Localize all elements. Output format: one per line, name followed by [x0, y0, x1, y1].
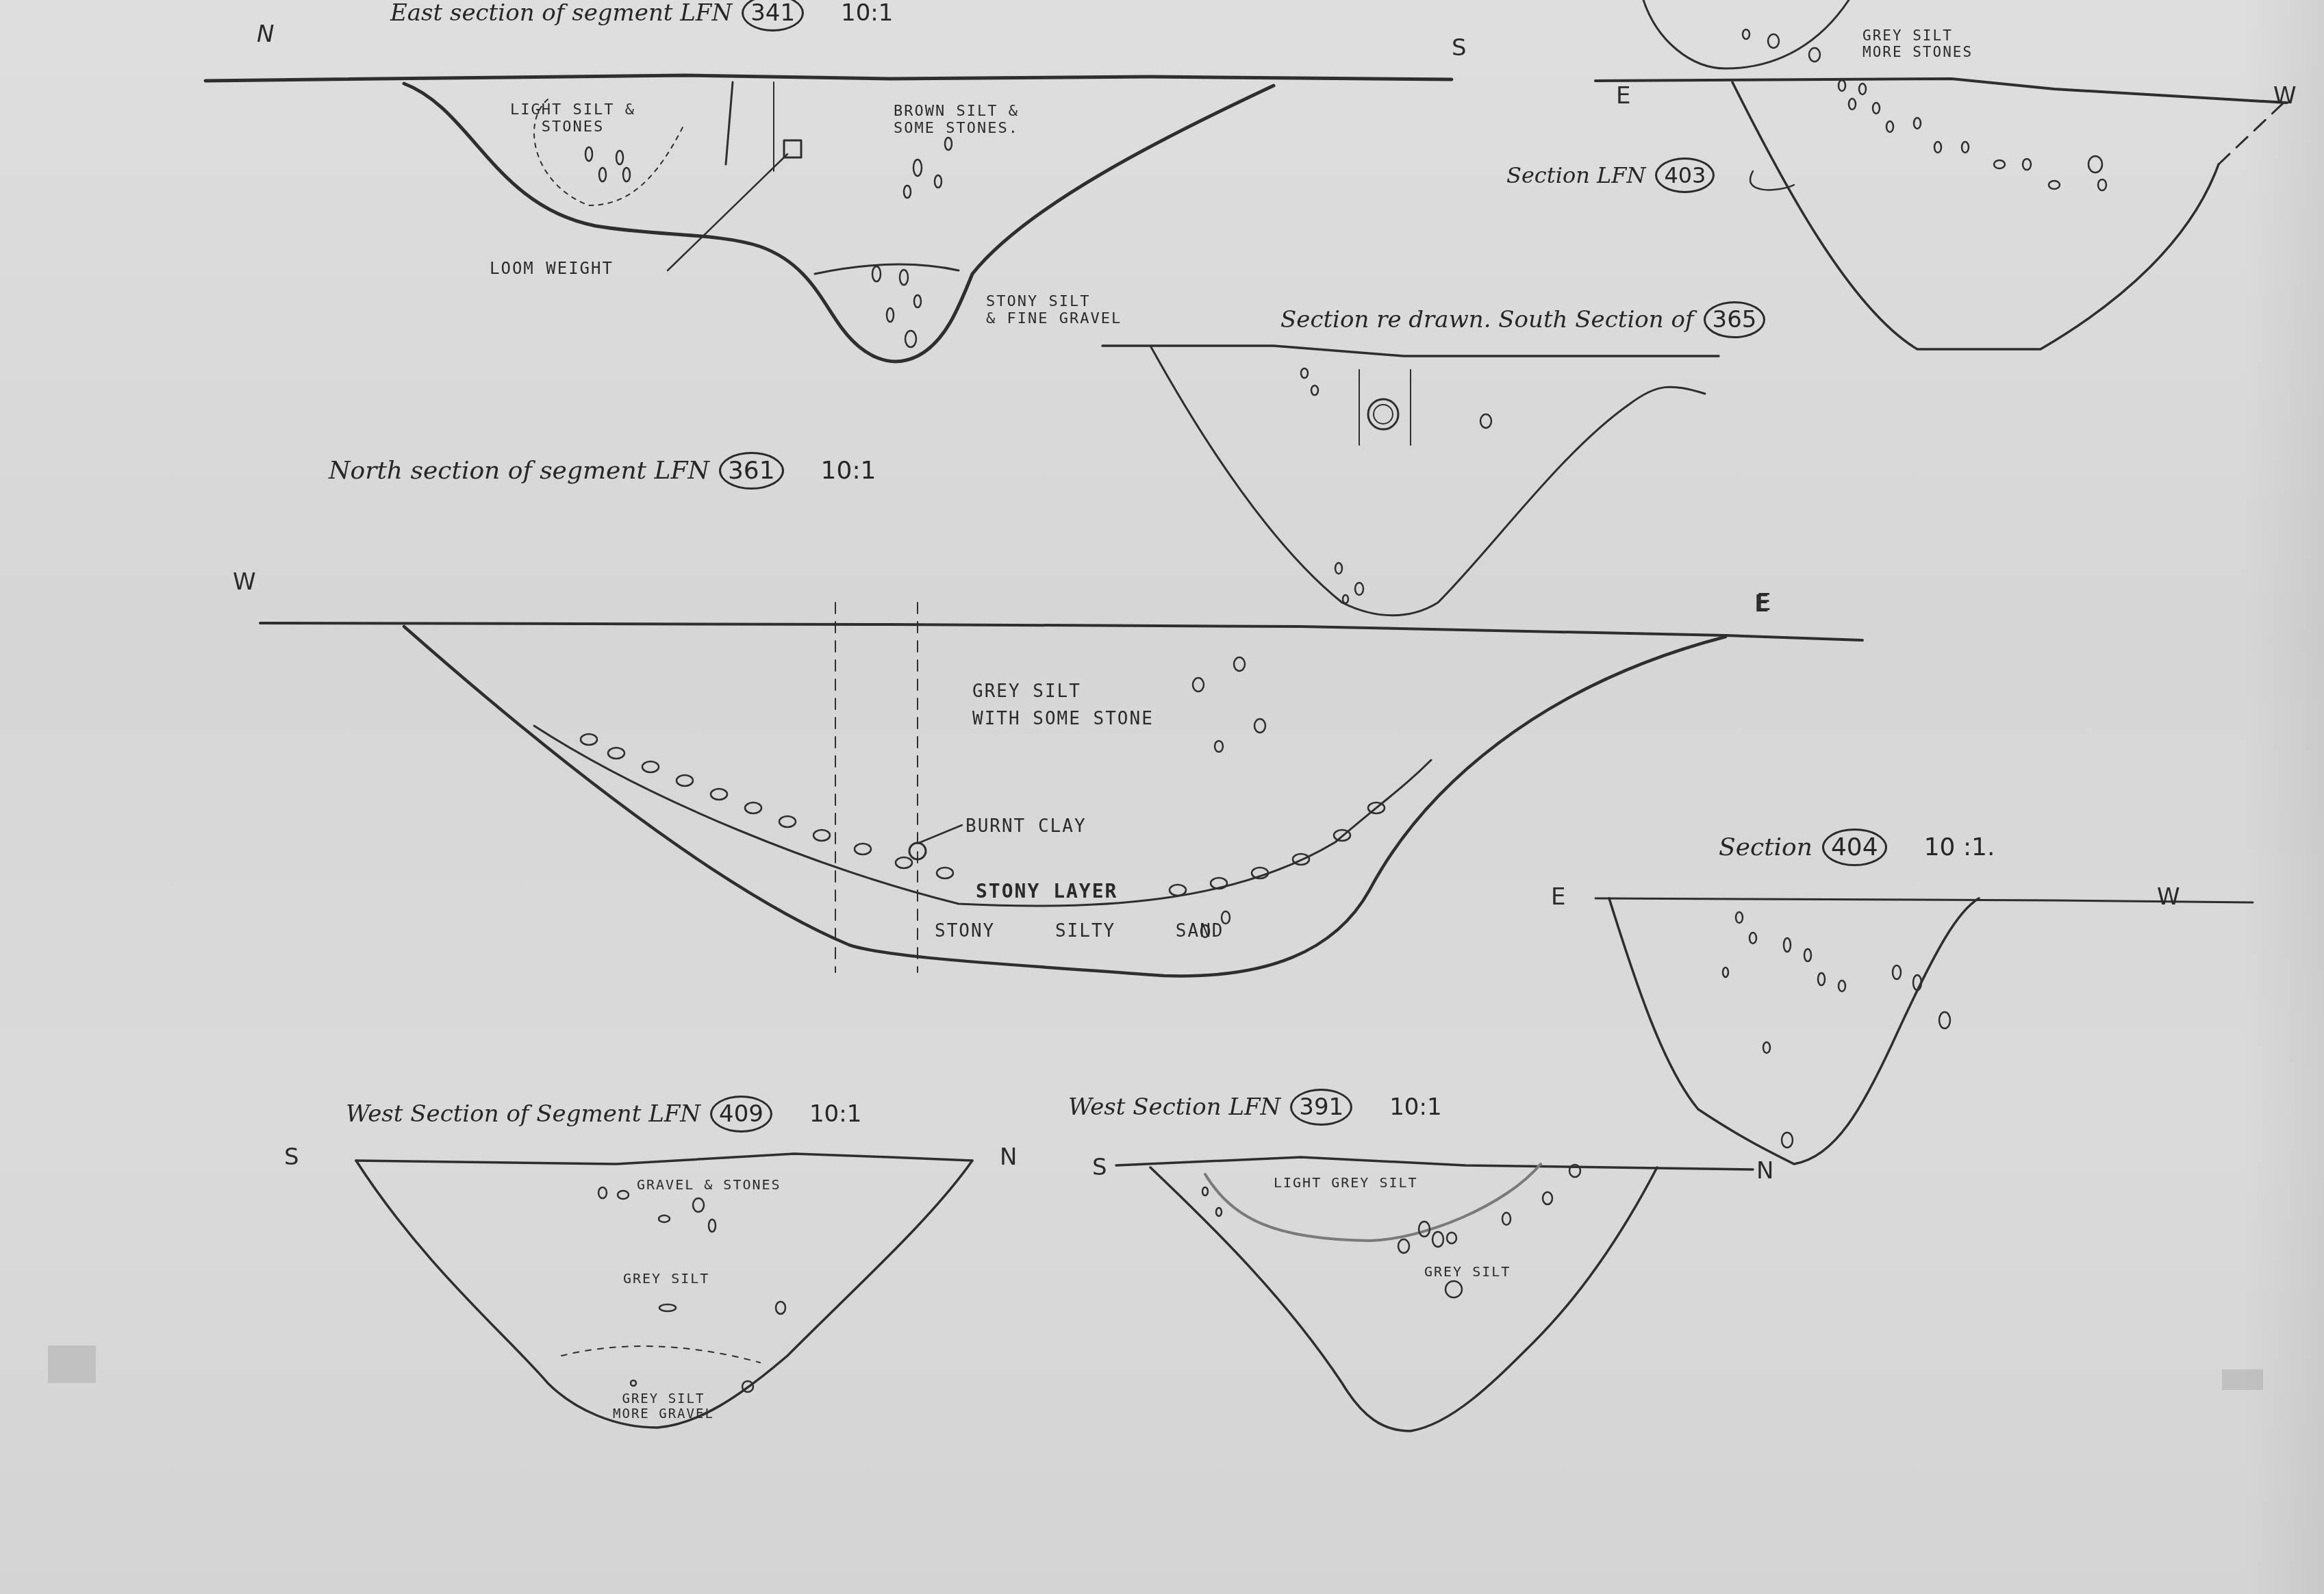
- dir-404-right: W: [2157, 883, 2180, 911]
- section-409-title: West Section of Segment LFN40910:1: [346, 1096, 861, 1133]
- section-341-title: East section of segment LFN34110:1: [390, 0, 893, 31]
- label-gravel-stones: GRAVEL & STONES: [637, 1176, 781, 1193]
- section-403-title: Section LFN403: [1506, 157, 1724, 193]
- lfn-391-badge: 391: [1290, 1089, 1352, 1126]
- section-drawings: [0, 0, 2324, 1594]
- label-grey-silt-409: GREY SILT: [623, 1270, 709, 1287]
- label-grey-silt-some-stone: GREY SILT WITH SOME STONE: [972, 678, 1154, 733]
- section-341-profile: [205, 75, 1452, 362]
- label-grey-silt-391: GREY SILT: [1424, 1263, 1511, 1280]
- dir-341-left: N: [257, 21, 274, 48]
- label-grey-silt-more-stones: GREY SILT MORE STONES: [1862, 27, 1973, 60]
- section-404-profile: [1595, 898, 2253, 1164]
- lfn-365-badge: 365: [1704, 301, 1766, 338]
- section-365-title: Section re drawn. South Section of365: [1280, 301, 1775, 338]
- lfn-341-badge: 341: [742, 0, 804, 31]
- label-stony-silt: STONY SILT & FINE GRAVEL: [986, 293, 1122, 327]
- dir-404-left: E: [1551, 883, 1565, 911]
- drawing-sheet: East section of segment LFN34110:1 Secti…: [0, 0, 2324, 1594]
- section-361-profile: [260, 603, 1862, 976]
- dir-409-right: N: [1000, 1143, 1017, 1171]
- dir-361-right: E: [1754, 590, 1769, 618]
- dir-341-right: S: [1452, 34, 1467, 62]
- section-365-profile: [1102, 346, 1719, 616]
- section-391-profile: [1116, 1157, 1753, 1431]
- dir-403-right: W: [2273, 82, 2297, 110]
- section-404-title: Section40410 :1.: [1719, 828, 1995, 866]
- dir-361-left: W: [233, 568, 256, 596]
- lfn-361-badge: 361: [719, 452, 784, 490]
- section-391-title: West Section LFN39110:1: [1068, 1089, 1442, 1126]
- lfn-409-badge: 409: [710, 1096, 772, 1133]
- dir-409-left: S: [284, 1143, 299, 1171]
- paper-smudge: [48, 1345, 96, 1383]
- label-brown-silt: BROWN SILT & SOME STONES.: [894, 103, 1019, 137]
- label-loom-weight: LOOM WEIGHT: [490, 259, 614, 278]
- label-light-silt: LIGHT SILT & STONES: [510, 101, 635, 136]
- dir-391-left: S: [1092, 1154, 1107, 1181]
- label-grey-silt-more-gravel: GREY SILT MORE GRAVEL: [613, 1391, 714, 1421]
- dir-391-right: N: [1756, 1157, 1773, 1185]
- label-burnt-clay: BURNT CLAY: [965, 816, 1087, 837]
- dir-403-left: E: [1616, 82, 1630, 110]
- paper-smudge: [2222, 1369, 2263, 1390]
- lfn-403-badge: 403: [1655, 157, 1715, 193]
- section-361-title: North section of segment LFN36110:1: [329, 452, 876, 490]
- stone-marks: [585, 138, 952, 347]
- section-409-profile: [356, 1154, 972, 1428]
- label-light-grey-silt: LIGHT GREY SILT: [1274, 1174, 1418, 1191]
- label-stony-layer: STONY LAYER: [976, 880, 1117, 902]
- lfn-404-badge: 404: [1822, 828, 1887, 866]
- label-stony-silty-sand: STONY SILTY SAND: [935, 921, 1224, 941]
